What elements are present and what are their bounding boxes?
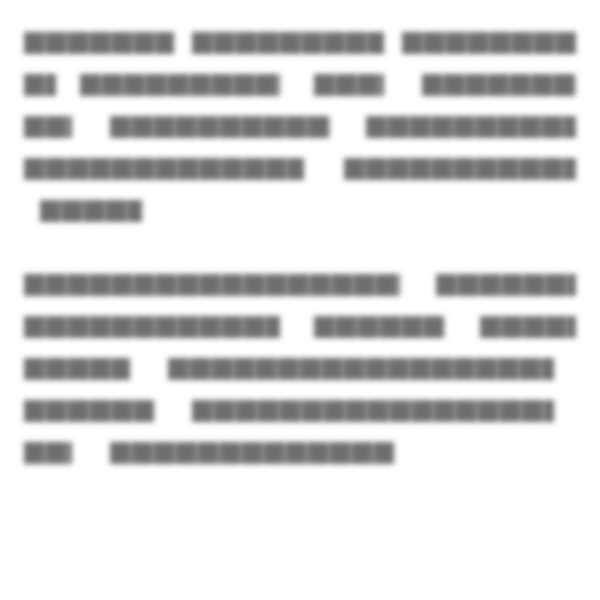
blurred-text-run [422, 74, 576, 96]
text-line [24, 30, 576, 56]
blurred-text-run [80, 74, 280, 96]
blurred-text-run [192, 400, 554, 422]
blurred-text-run [314, 316, 444, 338]
blurred-text-run [480, 316, 576, 338]
blurred-text-run [344, 158, 576, 180]
blurred-text-run [24, 274, 400, 296]
blurred-text-run [24, 358, 130, 380]
blurred-text-run [24, 316, 280, 338]
blurred-text-run [24, 442, 72, 464]
text-line [24, 156, 576, 182]
blurred-text-run [110, 442, 394, 464]
text-line [24, 198, 576, 224]
blurred-text-run [436, 274, 576, 296]
text-line [24, 356, 576, 382]
blurred-text-run [366, 116, 576, 138]
blurred-text-run [314, 74, 384, 96]
text-line [24, 72, 576, 98]
blurred-text-run [402, 32, 576, 54]
text-line [24, 272, 576, 298]
blurred-text-run [24, 74, 56, 96]
document-body [24, 30, 576, 514]
text-line [24, 398, 576, 424]
blurred-text-run [24, 400, 154, 422]
text-line [24, 440, 576, 466]
blurred-text-run [40, 200, 142, 222]
blurred-text-run [24, 158, 304, 180]
text-line [24, 314, 576, 340]
text-line [24, 114, 576, 140]
paragraph-2 [24, 272, 576, 466]
paragraph-1 [24, 30, 576, 224]
blurred-text-run [110, 116, 330, 138]
blurred-text-run [24, 116, 72, 138]
blurred-text-run [24, 32, 174, 54]
blurred-text-run [192, 32, 384, 54]
blurred-text-run [168, 358, 554, 380]
